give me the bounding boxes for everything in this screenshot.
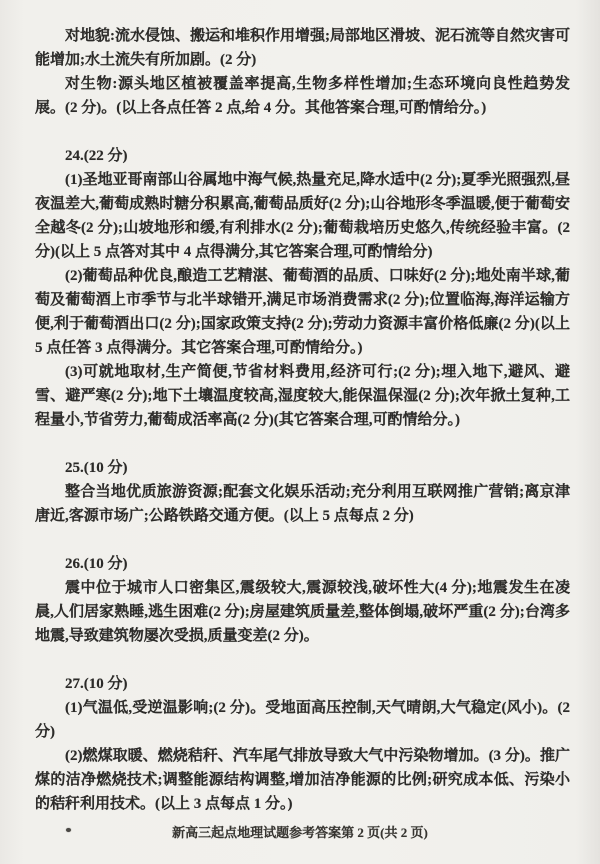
question-27-heading: 27.(10 分) xyxy=(35,672,570,696)
intro-biology-answer: 对生物:源头地区植被覆盖率提高,生物多样性增加;生态环境向良性趋势发展。(2 分… xyxy=(35,72,570,120)
question-24-answer-1: (1)圣地亚哥南部山谷属地中海气候,热量充足,降水适中(2 分);夏季光照强烈,… xyxy=(35,168,570,264)
question-26-heading: 26.(10 分) xyxy=(35,552,570,576)
answer-content: 对地貌:流水侵蚀、搬运和堆积作用增强;局部地区滑坡、泥石流等自然灾害可能增加;水… xyxy=(35,24,570,816)
scanned-document-page: 对地貌:流水侵蚀、搬运和堆积作用增强;局部地区滑坡、泥石流等自然灾害可能增加;水… xyxy=(0,0,600,864)
question-24-answer-2: (2)葡萄品种优良,酿造工艺精湛、葡萄酒的品质、口味好(2 分);地处南半球,葡… xyxy=(35,264,570,360)
footer-text: 新高三起点地理试题参考答案第 2 页(共 2 页) xyxy=(172,825,428,840)
question-24-heading: 24.(22 分) xyxy=(35,144,570,168)
question-25-heading: 25.(10 分) xyxy=(35,456,570,480)
intro-landform-answer: 对地貌:流水侵蚀、搬运和堆积作用增强;局部地区滑坡、泥石流等自然灾害可能增加;水… xyxy=(35,24,570,72)
question-24-answer-3: (3)可就地取材,生产简便,节省材料费用,经济可行;(2 分);埋入地下,避风、… xyxy=(35,360,570,432)
question-27-answer-2: (2)燃煤取暖、燃烧秸秆、汽车尾气排放导致大气中污染物增加。(3 分)。推广煤的… xyxy=(35,744,570,816)
question-26-answer: 震中位于城市人口密集区,震级较大,震源较浅,破坏性大(4 分);地震发生在凌晨,… xyxy=(35,576,570,648)
question-27-answer-1: (1)气温低,受逆温影响;(2 分)。受地面高压控制,天气晴朗,大气稳定(风小)… xyxy=(35,696,570,744)
page-footer: 新高三起点地理试题参考答案第 2 页(共 2 页) xyxy=(0,824,600,842)
question-25-answer: 整合当地优质旅游资源;配套文化娱乐活动;充分利用互联网推广营销;离京津唐近,客源… xyxy=(35,480,570,528)
